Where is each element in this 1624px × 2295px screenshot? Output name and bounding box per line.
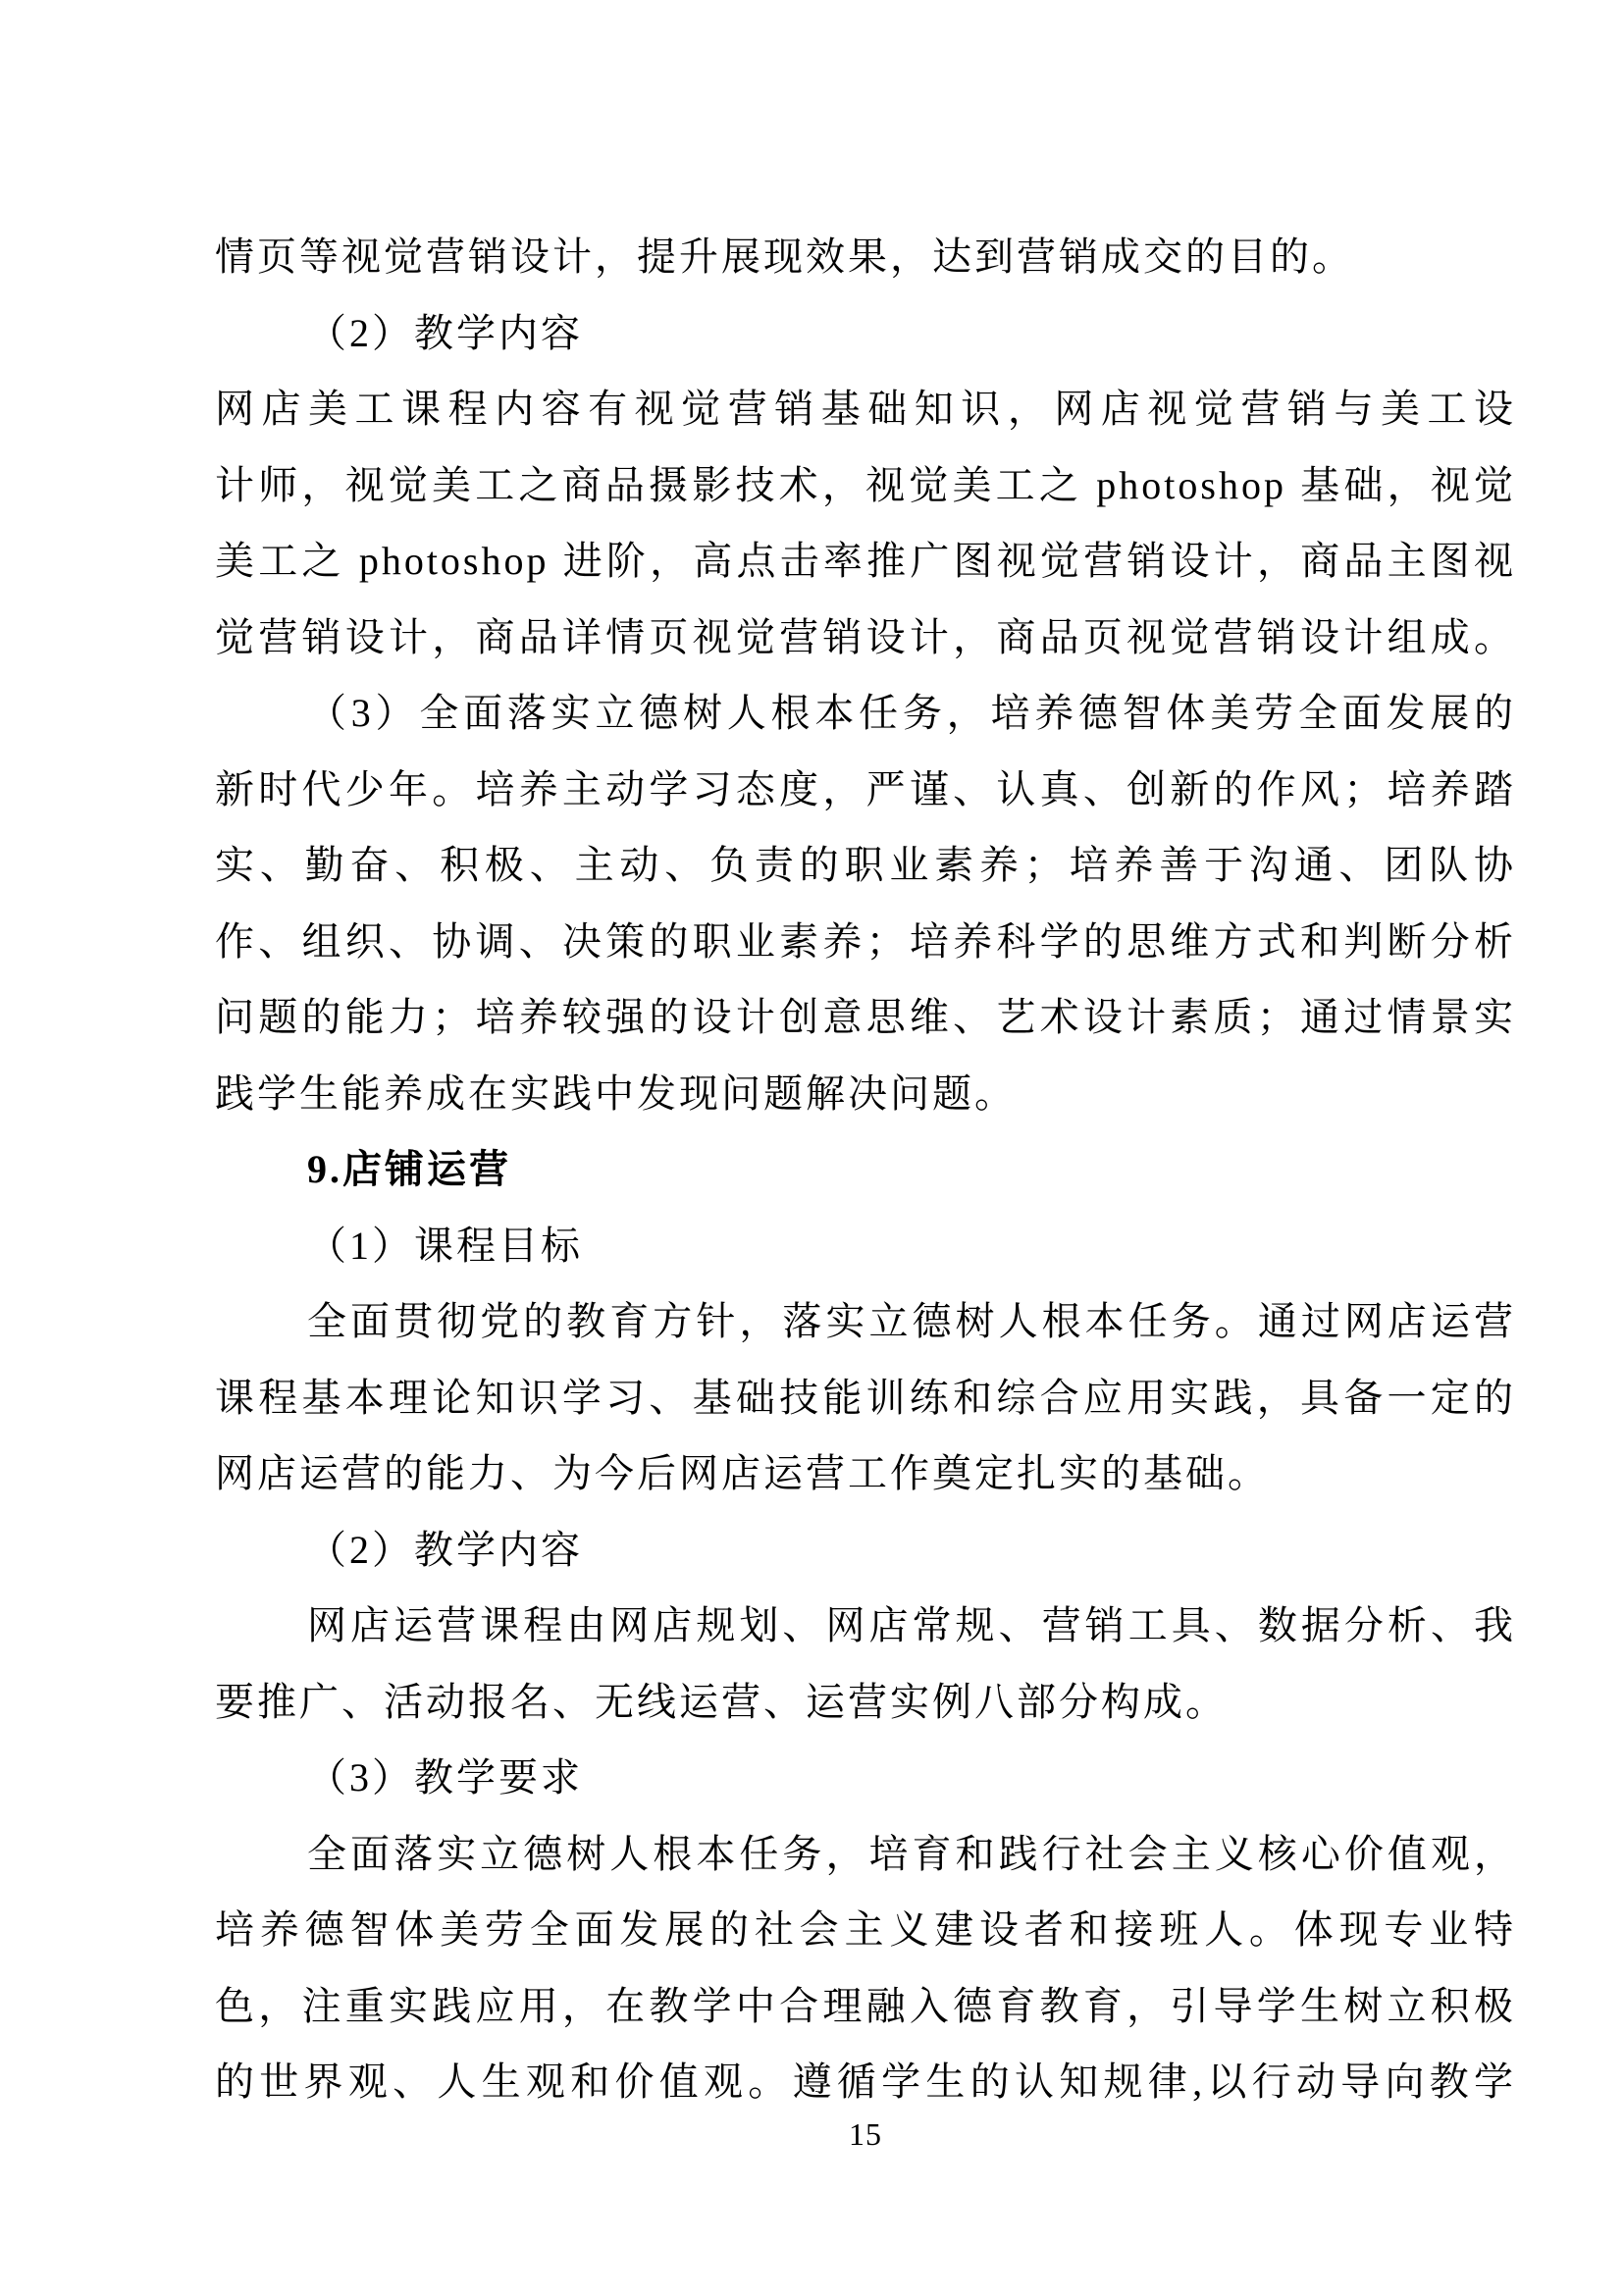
text-line: 要推广、活动报名、无线运营、运营实例八部分构成。: [215, 1664, 1516, 1741]
document-page: 情页等视觉营销设计，提升展现效果，达到营销成交的目的。 （2）教学内容 网店美工…: [0, 0, 1624, 2295]
text-line: 色，注重实践应用，在教学中合理融入德育教育，引导学生树立积极: [215, 1968, 1516, 2045]
text-line: （3）教学要求: [215, 1740, 1516, 1816]
text-line: 新时代少年。培养主动学习态度，严谨、认真、创新的作风；培养踏: [215, 752, 1516, 828]
text-line: 计师，视觉美工之商品摄影技术，视觉美工之 photoshop 基础，视觉: [215, 447, 1516, 524]
text-line: （3）全面落实立德树人根本任务，培养德智体美劳全面发展的: [215, 675, 1516, 752]
text-line: 网店运营的能力、为今后网店运营工作奠定扎实的基础。: [215, 1435, 1516, 1512]
section-heading: 9.店铺运营: [215, 1131, 1516, 1208]
text-line: 实、勤奋、积极、主动、负责的职业素养；培养善于沟通、团队协: [215, 827, 1516, 904]
text-line: 课程基本理论知识学习、基础技能训练和综合应用实践，具备一定的: [215, 1360, 1516, 1436]
text-line: 情页等视觉营销设计，提升展现效果，达到营销成交的目的。: [215, 219, 1516, 295]
page-number: 15: [215, 2114, 1516, 2154]
document-text-block: 情页等视觉营销设计，提升展现效果，达到营销成交的目的。 （2）教学内容 网店美工…: [215, 219, 1516, 2120]
text-line: 美工之 photoshop 进阶，高点击率推广图视觉营销设计，商品主图视: [215, 523, 1516, 600]
text-line: 问题的能力；培养较强的设计创意思维、艺术设计素质；通过情景实: [215, 979, 1516, 1056]
text-line: （2）教学内容: [215, 295, 1516, 372]
text-line: 网店运营课程由网店规划、网店常规、营销工具、数据分析、我: [215, 1588, 1516, 1664]
text-line: 觉营销设计，商品详情页视觉营销设计，商品页视觉营销设计组成。: [215, 600, 1516, 676]
text-line: （1）课程目标: [215, 1208, 1516, 1284]
text-line: 践学生能养成在实践中发现问题解决问题。: [215, 1056, 1516, 1132]
text-line: 作、组织、协调、决策的职业素养；培养科学的思维方式和判断分析: [215, 904, 1516, 980]
text-line: 全面落实立德树人根本任务，培育和践行社会主义核心价值观，: [215, 1816, 1516, 1893]
text-line: （2）教学内容: [215, 1512, 1516, 1589]
text-line: 全面贯彻党的教育方针，落实立德树人根本任务。通过网店运营: [215, 1283, 1516, 1360]
text-line: 培养德智体美劳全面发展的社会主义建设者和接班人。体现专业特: [215, 1892, 1516, 1968]
text-line: 的世界观、人生观和价值观。遵循学生的认知规律,以行动导向教学: [215, 2044, 1516, 2120]
text-line: 网店美工课程内容有视觉营销基础知识，网店视觉营销与美工设: [215, 371, 1516, 447]
